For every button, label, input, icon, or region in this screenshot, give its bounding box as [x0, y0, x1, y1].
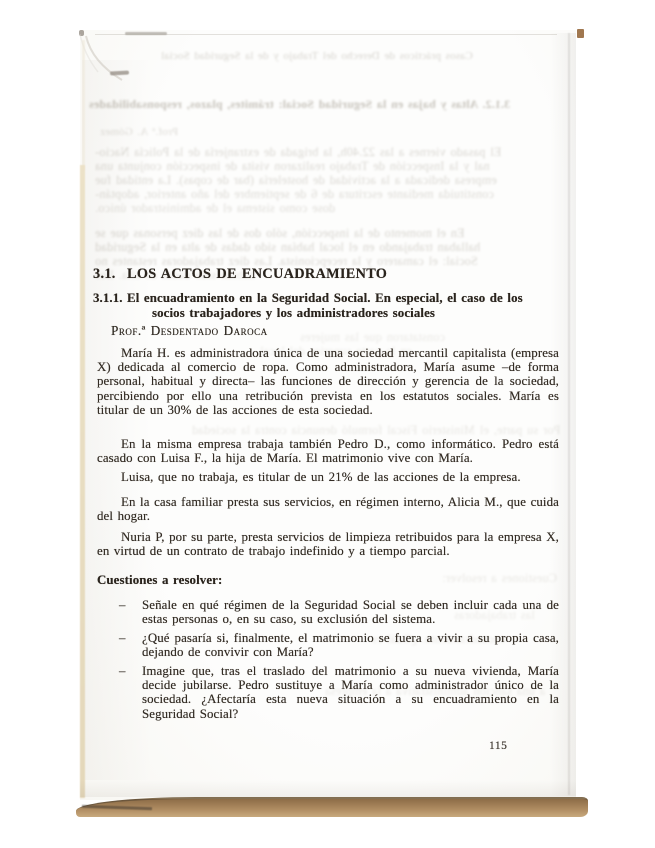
text-column: 3.1.LOS ACTOS DE ENCUADRAMIENTO 3.1.1.El…: [97, 0, 559, 848]
questions-label: Cuestiones a resolver:: [97, 573, 559, 587]
subsection-title: El encuadramiento en la Seguridad Social…: [127, 291, 523, 320]
bullet-dash: –: [119, 631, 126, 645]
question-item: –Imagine que, tras el traslado del matri…: [97, 664, 559, 721]
body-paragraph: En la casa familiar presta sus servicios…: [97, 495, 559, 523]
body-paragraph: Nuria P, por su parte, presta servicios …: [97, 530, 559, 558]
question-item: –¿Qué pasaría si, finalmente, el matrimo…: [97, 631, 559, 659]
section-number: 3.1.: [93, 267, 127, 281]
page-right-edge: [568, 33, 570, 795]
body-paragraph: Luisa, que no trabaja, es titular de un …: [97, 470, 559, 484]
question-text: ¿Qué pasaría si, finalmente, el matrimon…: [142, 631, 559, 659]
bullet-dash: –: [119, 598, 126, 612]
author-line: Prof.ª Desdentado Daroca: [97, 324, 573, 338]
section-heading: 3.1.LOS ACTOS DE ENCUADRAMIENTO: [97, 267, 559, 281]
question-text: Señale en qué régimen de la Seguridad So…: [142, 598, 559, 626]
page-edge-faint: [82, 40, 85, 170]
question-item: –Señale en qué régimen de la Seguridad S…: [97, 598, 559, 626]
scan-speck-brown: [577, 29, 584, 38]
bullet-dash: –: [119, 664, 126, 678]
subsection-heading: 3.1.1.El encuadramiento en la Seguridad …: [97, 291, 559, 321]
body-paragraph: En la misma empresa trabaja también Pedr…: [97, 437, 559, 465]
page-edge-cream-strip: [80, 165, 85, 798]
page-number: 115: [489, 740, 507, 752]
body-paragraph: María H. es administradora única de una …: [97, 346, 559, 417]
subsection-number: 3.1.1.: [93, 291, 123, 306]
book-page-photo: Casos prácticos de Derecho del Trabajo y…: [0, 0, 655, 848]
section-title: LOS ACTOS DE ENCUADRAMIENTO: [127, 266, 387, 282]
question-text: Imagine que, tras el traslado del matrim…: [142, 664, 559, 721]
